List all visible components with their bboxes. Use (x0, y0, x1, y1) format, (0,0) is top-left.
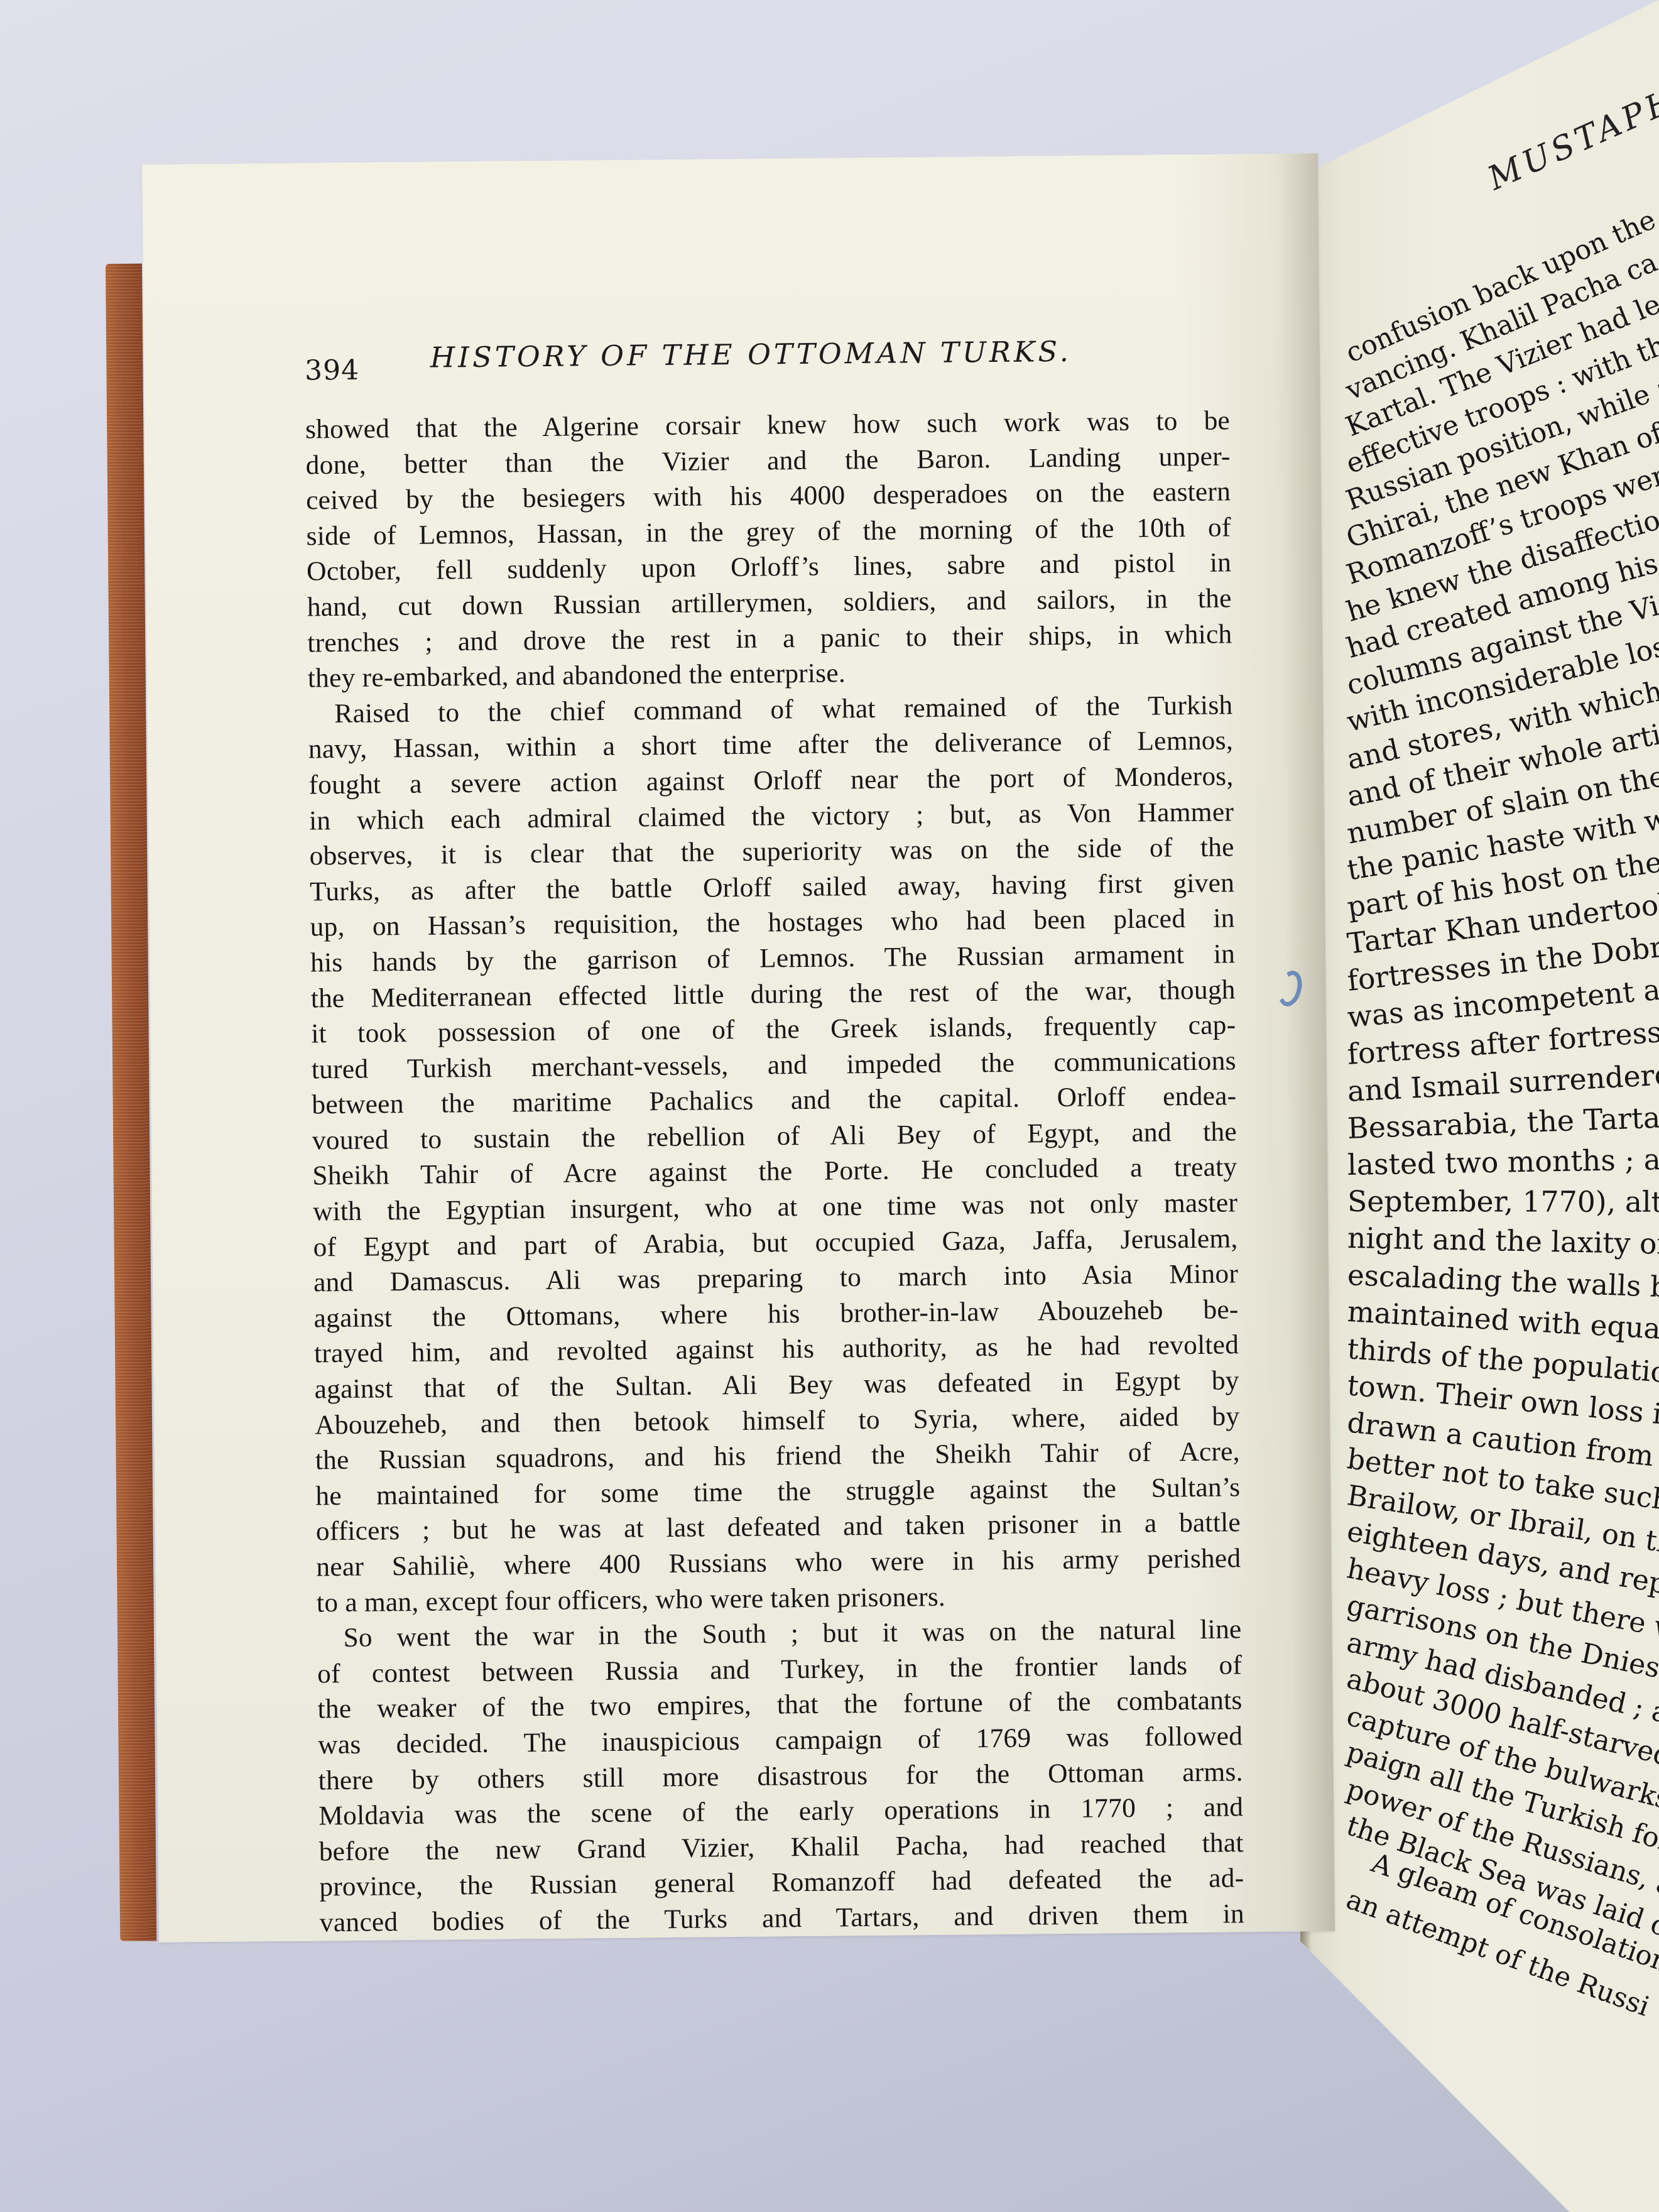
page-number: 394 (305, 354, 359, 387)
right-text-line: night and the laxity of (1347, 1221, 1659, 1261)
right-text-line: September, 1770), althou (1347, 1185, 1659, 1219)
running-head: 394 HISTORY OF THE OTTOMAN TURKS. (305, 333, 1279, 393)
left-page: 394 HISTORY OF THE OTTOMAN TURKS. showed… (142, 153, 1335, 1942)
right-text-line: lasted two months ; and w (1347, 1141, 1659, 1182)
page-title: HISTORY OF THE OTTOMAN TURKS. (430, 335, 1072, 374)
body-text: showed that the Algerine corsair knew ho… (305, 403, 1244, 1941)
